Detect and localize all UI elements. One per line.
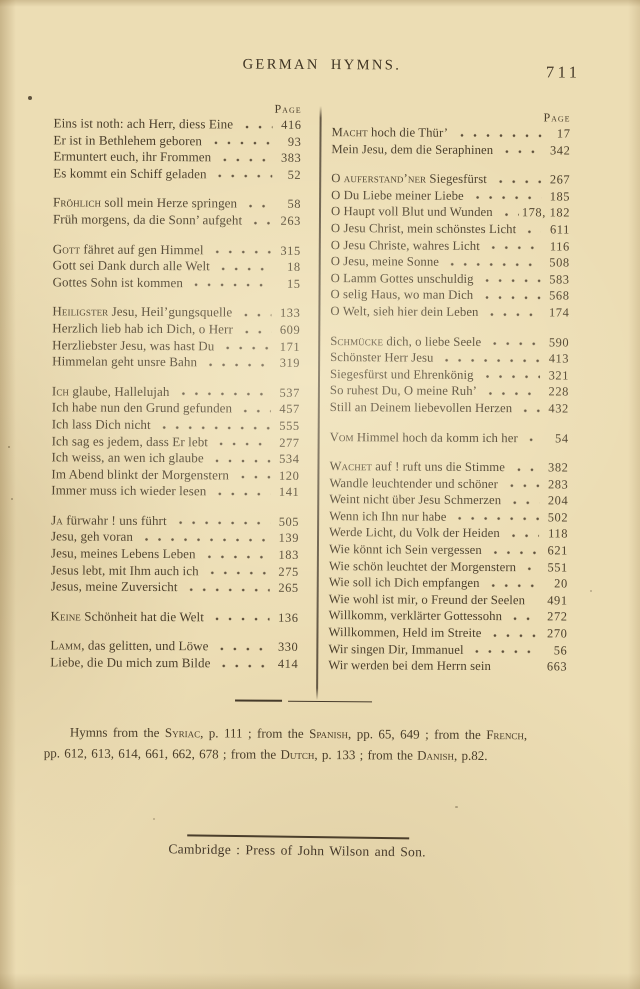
footnote-text: , p. 111 ; from the	[200, 725, 309, 741]
hymn-title: Heiligster Jesu, Heil’gungsquelle	[52, 304, 232, 322]
dot-leader	[530, 592, 539, 609]
dot-leader	[451, 509, 539, 526]
index-entry: O Jesu, meine Sonne508	[331, 253, 570, 271]
index-entry: Liebe, die Du mich zum Bilde414	[50, 654, 298, 672]
dot-leader	[453, 125, 542, 142]
dot-leader	[138, 529, 270, 546]
hymn-title: Weint nicht über Jesu Schmerzen	[329, 491, 501, 509]
hymn-title-lead: Fröhlich	[53, 195, 101, 210]
footnote-line: Hymns from the Syriac, p. 111 ; from the…	[44, 722, 574, 746]
entry-group: Fröhlich soll mein Herze springen58Früh …	[53, 195, 301, 230]
index-entry: Wie soll ich Dich empfangen20	[329, 574, 568, 592]
ink-speck	[153, 818, 155, 820]
index-column-left: Page Eins ist noth: ach Herr, diess Eine…	[50, 100, 301, 672]
page-ref: 315	[275, 242, 301, 259]
index-entry: O Jesu Christe, wahres Licht116	[331, 237, 570, 255]
imprint-rule	[187, 834, 409, 839]
index-entry: Himmelan geht unsre Bahn319	[52, 353, 300, 371]
page-ref: 555	[274, 418, 300, 435]
page-ref: 609	[274, 322, 300, 339]
dot-leader	[188, 275, 272, 292]
hymn-title: Wie wohl ist mir, o Freund der Seelen	[329, 591, 526, 609]
dot-leader	[517, 400, 540, 417]
page-title: GERMAN HYMNS.	[243, 57, 402, 75]
dot-leader	[498, 142, 541, 159]
index-entry: Weint nicht über Jesu Schmerzen204	[329, 491, 568, 509]
language-name: Danish	[417, 747, 454, 762]
index-entry: Gott fähret auf gen Himmel315	[53, 241, 301, 259]
page-ref: 505	[273, 514, 299, 531]
page-ref: 272	[542, 609, 568, 626]
dot-leader	[209, 609, 270, 626]
page-ref: 611	[544, 221, 570, 238]
dot-leader	[479, 271, 541, 288]
page-ref: 141	[273, 484, 299, 501]
hymn-title: Jesu, geh voran	[51, 529, 133, 546]
entry-group: Eins ist noth: ach Herr, diess Eine416Er…	[53, 115, 301, 183]
index-entry: Jesus, meine Zuversicht265	[51, 579, 299, 597]
index-entry: O Lamm Gottes unschuldig583	[331, 270, 570, 288]
hymn-title: Werde Licht, du Volk der Heiden	[329, 525, 500, 543]
hymn-title: Siegesfürst und Ehrenkönig	[330, 366, 474, 383]
index-entry: Immer muss ich wieder lesen141	[51, 483, 299, 501]
hymn-title-lead: Heiligster	[52, 304, 108, 319]
page-ref: 267	[544, 172, 570, 189]
entry-group: Wachet auf ! ruft uns die Stimme382Wandl…	[328, 458, 568, 675]
hymn-title-lead: Lamm	[50, 638, 81, 653]
page-ref: 58	[275, 196, 301, 213]
dot-leader	[503, 476, 539, 493]
hymn-title: O Jesu, meine Sonne	[331, 253, 439, 270]
hymn-title: Ich glaube, Hallelujah	[52, 383, 170, 400]
dot-leader	[438, 350, 540, 367]
hymn-title: Im Abend blinkt der Morgenstern	[51, 466, 229, 484]
index-entry: Ich lass Dich nicht555	[52, 416, 300, 434]
hymn-title: Willkomm, verklärter Gottessohn	[329, 607, 503, 625]
hymn-title: O auferstand’ner Siegesfürst	[331, 170, 487, 188]
page-ref: 283	[542, 476, 568, 493]
page-ref: 551	[542, 559, 568, 576]
page-ref: 171	[274, 338, 300, 355]
hymn-title-lead: O auferstand’ner	[331, 171, 426, 186]
page-ref: 508	[544, 255, 570, 272]
dot-leader	[486, 625, 538, 642]
page-ref: 20	[542, 576, 568, 593]
hymn-title: Jesus lebt, mit Ihm auch ich	[51, 562, 199, 579]
hymn-title: Ich habe nun den Grund gefunden	[52, 400, 232, 418]
dot-leader	[521, 559, 539, 576]
dot-leader	[444, 254, 541, 271]
hymn-title: Lamm, das gelitten, und Löwe	[50, 638, 208, 656]
index-entry: Macht hoch die Thür’17	[331, 124, 570, 142]
entry-group: Ja fürwahr ! uns führt505Jesu, geh voran…	[51, 512, 300, 596]
index-entry: Schmücke dich, o liebe Seele590	[330, 333, 569, 351]
dot-leader	[174, 384, 271, 401]
hymn-title: Liebe, die Du mich zum Bilde	[50, 654, 210, 672]
hymn-title: Ermuntert euch, ihr Frommen	[53, 149, 211, 167]
dot-leader	[482, 383, 540, 400]
page-ref: 185	[544, 188, 570, 205]
dot-leader	[498, 204, 519, 221]
index-entry: Wir werden bei dem Herrn sein663	[328, 657, 567, 675]
hymn-title: Herzlich lieb hab ich Dich, o Herr	[52, 320, 233, 338]
hymn-title: Jesus, meine Zuversicht	[51, 579, 178, 596]
index-entry: O auferstand’ner Siegesfürst267	[331, 170, 570, 188]
hymn-title: Wir werden bei dem Herrn sein	[328, 657, 491, 675]
book-page: GERMAN HYMNS. 711 Page Eins ist noth: ac…	[0, 0, 640, 989]
page-ref: 270	[541, 625, 567, 642]
page-ref: 120	[273, 467, 299, 484]
hymn-title: O Jesu Christ, mein schönstes Licht	[331, 220, 516, 238]
hymn-title-lead: Vom	[330, 430, 354, 444]
dot-leader	[213, 434, 271, 451]
entry-group: Gott fähret auf gen Himmel315Gott sei Da…	[53, 241, 301, 292]
hymn-title: Gott sei Dank durch alle Welt	[53, 258, 210, 276]
index-entry: O Haupt voll Blut und Wunden178, 182	[331, 203, 570, 221]
dot-leader	[156, 417, 271, 434]
index-entry: Es kommt ein Schiff geladen52	[53, 165, 301, 183]
dot-leader	[238, 321, 271, 338]
page-ref: 382	[542, 459, 568, 476]
hymn-title: Ja fürwahr ! uns führt	[51, 512, 167, 529]
hymn-title: Mein Jesu, dem die Seraphinen	[331, 141, 493, 159]
language-name: Spanish	[309, 726, 348, 741]
hymn-title: Eins ist noth: ach Herr, diess Eine	[54, 115, 234, 133]
hymn-title: Gott fähret auf gen Himmel	[53, 241, 204, 259]
hymn-title-lead: Schmücke	[330, 334, 383, 348]
imprint-text: Cambridge : Press of John Wilson and Son…	[168, 841, 426, 860]
index-entry: Ich glaube, Hallelujah537	[52, 383, 300, 401]
index-entry: Wandle leuchtender und schöner283	[329, 475, 568, 493]
dot-leader	[521, 221, 541, 238]
index-entry: Siegesfürst und Ehrenkönig321	[330, 366, 569, 384]
hymn-title: Wie schön leuchtet der Morgenstern	[329, 558, 516, 576]
page-ref: 18	[275, 259, 301, 276]
ink-speck	[590, 590, 592, 592]
index-entry: So ruhest Du, O meine Ruh’228	[330, 382, 569, 400]
page-ref: 116	[544, 238, 570, 255]
hymn-title: Jesu, meines Lebens Leben	[51, 545, 196, 562]
page-content: GERMAN HYMNS. 711 Page Eins ist noth: ac…	[0, 0, 640, 989]
index-entry: Eins ist noth: ach Herr, diess Eine416	[54, 115, 302, 133]
page-ref: 204	[542, 493, 568, 510]
dot-leader	[204, 563, 270, 580]
index-entry: Früh morgens, da die Sonn’ aufgeht263	[53, 211, 301, 229]
dot-leader	[487, 542, 539, 559]
hymn-title: Herzliebster Jesu, was hast Du	[52, 337, 214, 355]
entry-groups: Eins ist noth: ach Herr, diess Eine416Er…	[50, 115, 301, 672]
entry-group: O auferstand’ner Siegesfürst267O Du Lieb…	[330, 170, 570, 321]
page-ref: 663	[541, 659, 567, 676]
index-entry: O Du Liebe meiner Liebe185	[331, 187, 570, 205]
dot-leader	[201, 546, 270, 563]
index-entry: Wie könnt ich Sein vergessen621	[329, 541, 568, 559]
dot-leader	[469, 642, 539, 659]
ink-speck	[28, 96, 32, 100]
page-ref: 118	[542, 526, 568, 543]
hymn-title-lead: Gott	[53, 241, 80, 256]
index-entry: Wie schön leuchtet der Morgenstern551	[329, 558, 568, 576]
dot-leader	[215, 655, 269, 672]
index-entry: Jesus lebt, mit Ihm auch ich275	[51, 562, 299, 580]
page-ref: 502	[542, 509, 568, 526]
entry-group: Schmücke dich, o liebe Seele590Schönster…	[330, 333, 570, 417]
entry-group: Lamm, das gelitten, und Löwe330Liebe, di…	[50, 638, 298, 673]
index-entry: Still an Deinem liebevollen Herzen432	[330, 399, 569, 417]
page-ref: 534	[273, 451, 299, 468]
page-ref: 228	[543, 384, 569, 401]
page-ref: 330	[272, 639, 298, 656]
index-entry: O Welt, sieh hier dein Leben174	[330, 303, 569, 321]
hymn-title: Still an Deinem liebevollen Herzen	[330, 399, 512, 417]
page-column-label-left: Page	[54, 100, 302, 116]
footnote-text: ,	[524, 727, 527, 742]
index-entry: Fröhlich soll mein Herze springen58	[53, 195, 301, 213]
page-ref: 590	[543, 334, 569, 351]
dot-leader	[209, 450, 271, 467]
hymn-title: O Du Liebe meiner Liebe	[331, 187, 464, 204]
dot-leader	[485, 575, 539, 592]
dot-leader	[216, 150, 272, 167]
index-entry: O Jesu Christ, mein schönstes Licht611	[331, 220, 570, 238]
page-ref: 178, 182	[522, 205, 570, 222]
page-ref: 583	[544, 271, 570, 288]
entry-group: Vom Himmel hoch da komm ich her54	[330, 429, 569, 447]
dot-leader	[469, 188, 541, 205]
ink-speck	[455, 806, 458, 808]
index-entry: Schönster Herr Jesu413	[330, 349, 569, 367]
hymn-title: Wenn ich Ihn nur habe	[329, 508, 446, 525]
footnote: Hymns from the Syriac, p. 111 ; from the…	[44, 722, 574, 767]
dot-leader	[479, 367, 541, 384]
page-ref: 136	[272, 610, 298, 627]
dot-leader	[485, 238, 541, 255]
entry-groups: Macht hoch die Thür’17Mein Jesu, dem die…	[328, 124, 570, 675]
footnote-text: Hymns from the	[70, 724, 165, 740]
footnote-text: , p. 133 ; from the	[314, 747, 417, 763]
hymn-title: So ruhest Du, O meine Ruh’	[330, 382, 477, 399]
hymn-title: Schönster Herr Jesu	[330, 349, 433, 366]
dot-leader	[202, 354, 271, 371]
index-entry: Mein Jesu, dem die Seraphinen342	[331, 141, 570, 159]
page-ref: 342	[544, 142, 570, 159]
index-entry: Ich weiss, an wen ich glaube534	[51, 449, 299, 467]
hymn-title: Vom Himmel hoch da komm ich her	[330, 429, 518, 447]
index-entry: Gottes Sohn ist kommen15	[53, 274, 301, 292]
language-name: Dutch	[280, 747, 314, 762]
index-entry: Herzliebster Jesu, was hast Du171	[52, 337, 300, 355]
index-entry: Gott sei Dank durch alle Welt18	[53, 258, 301, 276]
dot-leader	[506, 492, 539, 509]
hymn-title: Fröhlich soll mein Herze springen	[53, 195, 237, 213]
section-end-rule	[235, 699, 282, 701]
dot-leader	[238, 116, 273, 133]
index-entry: Willkommen, Held im Streite270	[328, 624, 567, 642]
page-ref: 139	[273, 530, 299, 547]
section-end-rule	[288, 701, 372, 703]
hymn-title: Wir singen Dir, Immanuel	[328, 641, 463, 658]
dot-leader	[234, 467, 270, 484]
language-name: Syriac	[165, 725, 200, 740]
index-entry: Ja fürwahr ! uns führt505	[51, 512, 299, 530]
dot-leader	[242, 196, 272, 213]
hymn-title-lead: Keine	[51, 608, 81, 623]
column-divider	[316, 106, 321, 700]
dot-leader	[219, 338, 271, 355]
page-ref: 17	[544, 125, 570, 142]
page-ref: 491	[542, 592, 568, 609]
page-ref: 277	[274, 434, 300, 451]
index-entry: Jesu, meines Lebens Leben183	[51, 545, 299, 563]
hymn-title: Wie könnt ich Sein vergessen	[329, 541, 482, 559]
page-ref: 414	[272, 656, 298, 673]
index-entry: Keine Schönheit hat die Welt136	[50, 608, 298, 626]
hymn-title: Ich weiss, an wen ich glaube	[51, 449, 203, 467]
dot-leader	[214, 639, 270, 656]
hymn-title: Wachet auf ! ruft uns die Stimme	[329, 458, 505, 476]
dot-leader	[237, 401, 271, 418]
hymn-title-lead: Wachet	[329, 459, 372, 473]
index-entry: O selig Haus, wo man Dich568	[330, 286, 569, 304]
hymn-title: O Welt, sieh hier dein Leben	[330, 303, 478, 320]
dot-leader	[478, 287, 540, 304]
hymn-title: Immer muss ich wieder lesen	[51, 483, 206, 501]
footnote-text: , pp. 65, 649 ; from the	[348, 726, 486, 742]
hymn-title: O Lamm Gottes unschuldig	[331, 270, 474, 287]
language-name: French	[486, 727, 524, 742]
hymn-title: Gottes Sohn ist kommen	[53, 274, 184, 291]
hymn-title: Wandle leuchtender und schöner	[329, 475, 498, 493]
dot-leader	[215, 259, 272, 276]
index-entry: Werde Licht, du Volk der Heiden118	[329, 525, 568, 543]
dot-leader	[237, 305, 271, 322]
dot-leader	[172, 513, 271, 530]
hymn-title: Himmelan geht unsre Bahn	[52, 353, 197, 370]
entry-group: Keine Schönheit hat die Welt136	[50, 608, 298, 626]
page-ref: 265	[273, 580, 299, 597]
dot-leader	[207, 133, 273, 150]
page-ref: 383	[275, 150, 301, 167]
page-ref: 537	[274, 384, 300, 401]
dot-leader	[492, 171, 541, 188]
ink-speck	[11, 498, 13, 500]
page-ref: 174	[543, 304, 569, 321]
index-entry: Willkomm, verklärter Gottessohn272	[329, 607, 568, 625]
hymn-title: Schmücke dich, o liebe Seele	[330, 333, 481, 351]
page-ref: 133	[274, 305, 300, 322]
index-entry: Jesu, geh voran139	[51, 529, 299, 547]
hymn-title: Wie soll ich Dich empfangen	[329, 574, 480, 592]
footnote-text: , p.82.	[454, 748, 488, 763]
page-ref: 54	[543, 430, 569, 447]
dot-leader	[510, 459, 540, 476]
index-entry: Ich habe nun den Grund gefunden457	[52, 400, 300, 418]
page-ref: 457	[274, 401, 300, 418]
index-entry: Ermuntert euch, ihr Frommen383	[53, 149, 301, 167]
hymn-title: Es kommt ein Schiff geladen	[53, 165, 206, 183]
entry-group: Ich glaube, Hallelujah537Ich habe nun de…	[51, 383, 300, 501]
index-entry: Wenn ich Ihn nur habe502	[329, 508, 568, 526]
page-ref: 568	[543, 288, 569, 305]
index-entry: Im Abend blinkt der Morgenstern120	[51, 466, 299, 484]
page-ref: 319	[274, 355, 300, 372]
index-entry: Herzlich lieb hab ich Dich, o Herr609	[52, 320, 300, 338]
dot-leader	[505, 526, 539, 543]
index-entry: Heiligster Jesu, Heil’gungsquelle133	[52, 304, 300, 322]
page-ref: 416	[276, 117, 302, 134]
index-entry: Ich sag es jedem, dass Er lebt277	[52, 433, 300, 451]
dot-leader	[212, 166, 273, 183]
hymn-title-lead: Ja	[51, 512, 63, 527]
hymn-title: Er ist in Bethlehem geboren	[53, 132, 202, 150]
page-ref: 183	[273, 547, 299, 564]
page-ref: 263	[275, 213, 301, 230]
page-ref: 621	[542, 542, 568, 559]
hymn-title: O Jesu Christe, wahres Licht	[331, 237, 480, 255]
hymn-title-lead: Macht	[331, 125, 367, 139]
dot-leader	[211, 484, 270, 501]
dot-leader	[523, 430, 540, 447]
hymn-title: Willkommen, Held im Streite	[328, 624, 481, 642]
hymn-title: O selig Haus, wo man Dich	[330, 286, 473, 303]
index-entry: Lamm, das gelitten, und Löwe330	[50, 638, 298, 656]
hymn-title-lead: Ich	[52, 383, 69, 398]
dot-leader	[496, 658, 538, 675]
ink-speck	[8, 446, 10, 448]
hymn-title: Keine Schönheit hat die Welt	[50, 608, 204, 626]
index-entry: Er ist in Bethlehem geboren93	[53, 132, 301, 150]
page-ref: 52	[275, 167, 301, 184]
page-ref: 432	[543, 400, 569, 417]
dot-leader	[183, 579, 270, 596]
page-ref: 56	[541, 642, 567, 659]
page-ref: 321	[543, 367, 569, 384]
index-entry: Wir singen Dir, Immanuel56	[328, 641, 567, 659]
hymn-title: Macht hoch die Thür’	[331, 124, 448, 141]
index-entry: Wie wohl ist mir, o Freund der Seelen491	[329, 591, 568, 609]
hymn-title: Ich sag es jedem, dass Er lebt	[52, 433, 209, 451]
dot-leader	[486, 334, 540, 351]
footnote-text: pp. 612, 613, 614, 661, 662, 678 ; from …	[44, 745, 281, 761]
index-entry: Vom Himmel hoch da komm ich her54	[330, 429, 569, 447]
entry-group: Macht hoch die Thür’17Mein Jesu, dem die…	[331, 124, 570, 159]
page-ref: 275	[273, 563, 299, 580]
page-ref: 413	[543, 350, 569, 367]
dot-leader	[247, 213, 272, 230]
hymn-title: Ich lass Dich nicht	[52, 416, 151, 433]
page-number: 711	[546, 62, 581, 82]
page-column-label-right: Page	[332, 109, 571, 124]
page-ref: 93	[275, 133, 301, 150]
index-entry: Wachet auf ! ruft uns die Stimme382	[329, 458, 568, 476]
page-ref: 15	[275, 275, 301, 292]
footnote-line: pp. 612, 613, 614, 661, 662, 678 ; from …	[44, 743, 574, 767]
dot-leader	[483, 304, 540, 321]
dot-leader	[209, 242, 272, 259]
hymn-title: Früh morgens, da die Sonn’ aufgeht	[53, 211, 242, 229]
dot-leader	[507, 609, 539, 626]
entry-group: Heiligster Jesu, Heil’gungsquelle133Herz…	[52, 304, 300, 372]
index-column-right: Page Macht hoch die Thür’17Mein Jesu, de…	[328, 109, 570, 675]
hymn-title: O Haupt voll Blut und Wunden	[331, 203, 493, 221]
